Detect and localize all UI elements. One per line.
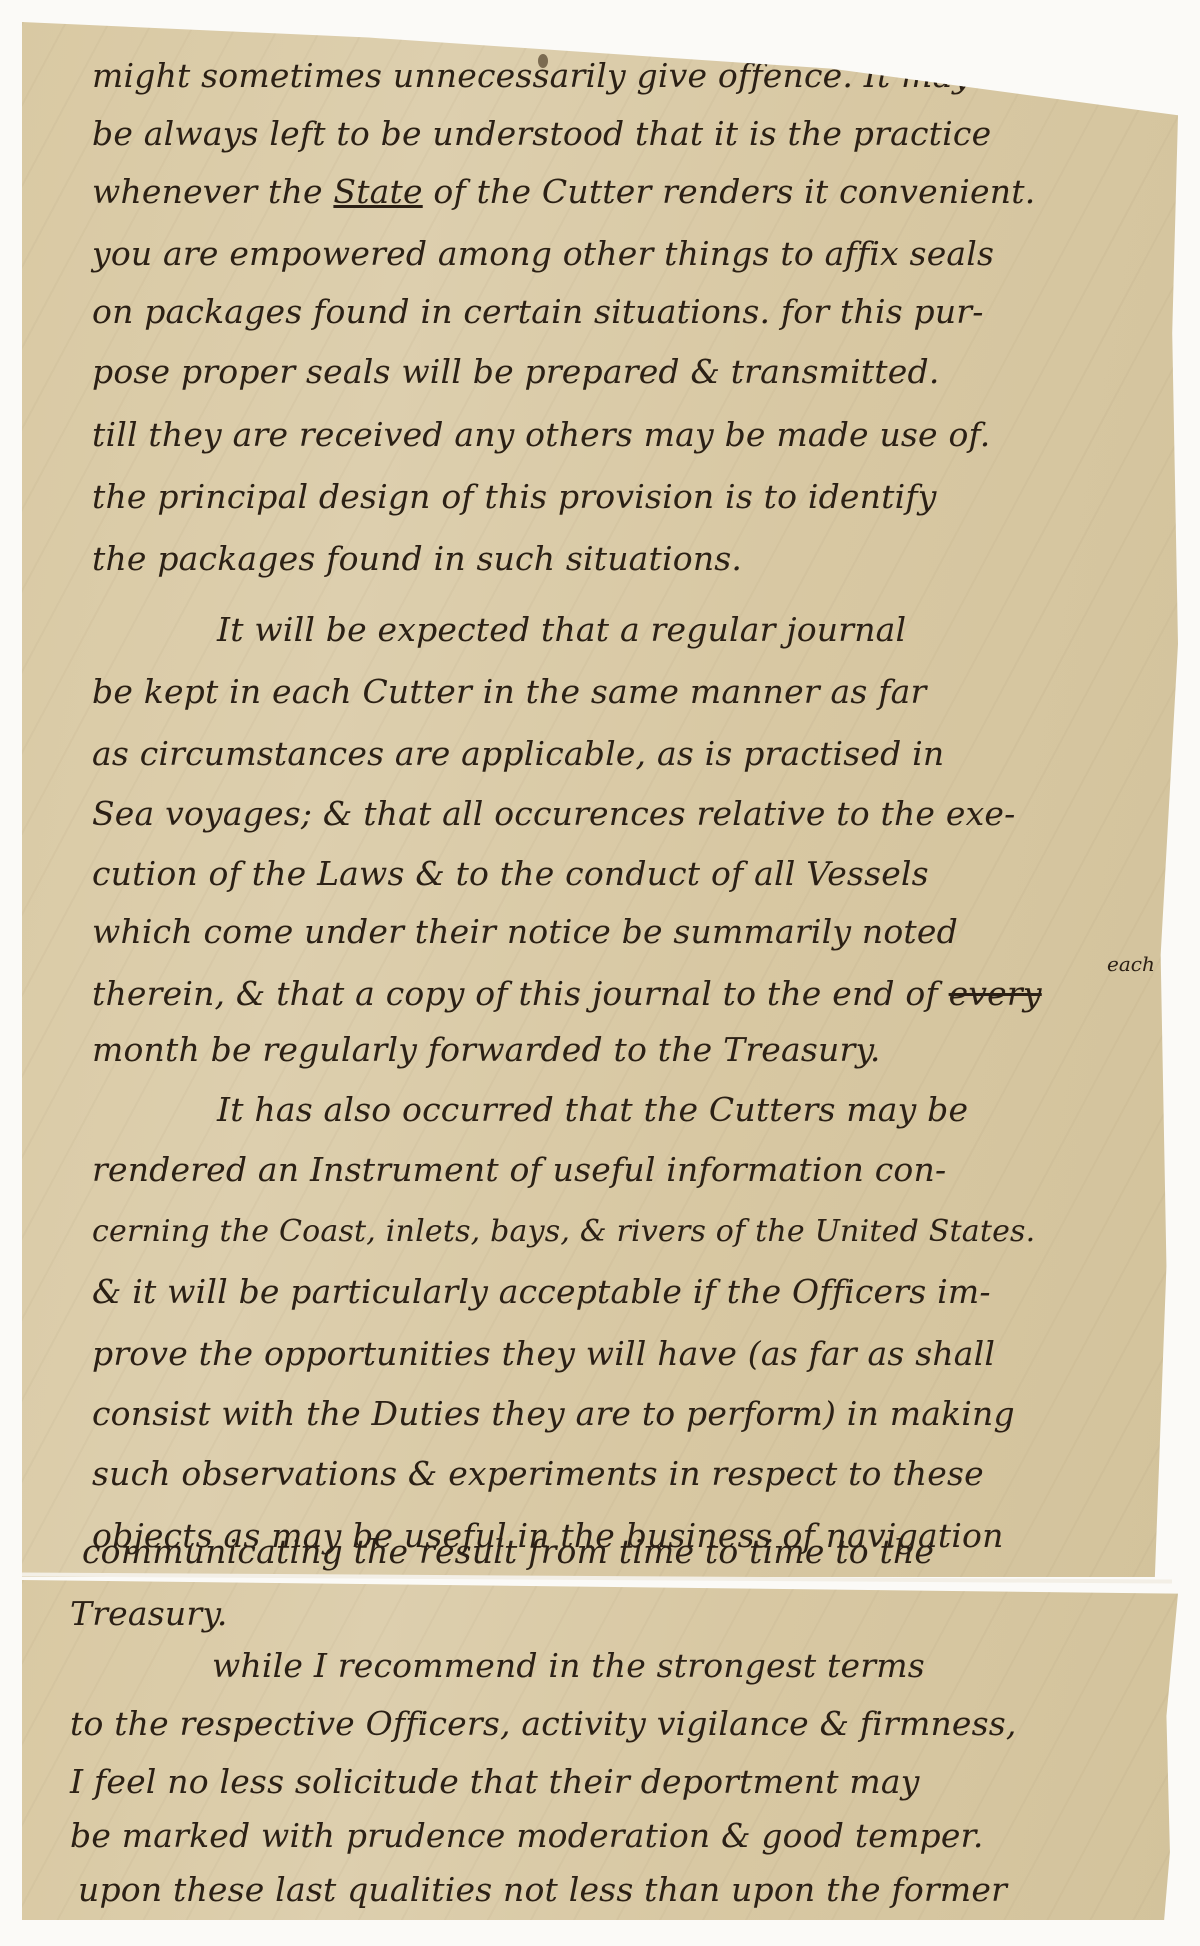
line-text-prefix: whenever the [92, 172, 333, 211]
manuscript-line: on packages found in certain situations.… [92, 292, 984, 331]
line-text: upon these last qualities not less than … [78, 1870, 1007, 1909]
line-text: might sometimes unnecessarily give offen… [92, 56, 971, 95]
line-text: such observations & experiments in respe… [92, 1454, 984, 1493]
underlined-word: State [333, 172, 422, 211]
line-text: Treasury. [70, 1594, 228, 1633]
line-text: cution of the Laws & to the conduct of a… [92, 854, 929, 893]
struck-word: every [949, 974, 1042, 1013]
manuscript-upper-sheet: might sometimes unnecessarily give offen… [22, 22, 1178, 1577]
manuscript-line: consist with the Duties they are to perf… [92, 1394, 1015, 1433]
manuscript-line: Sea voyages; & that all occurences relat… [92, 794, 1015, 833]
line-text: It will be expected that a regular journ… [217, 610, 906, 649]
manuscript-line: rendered an Instrument of useful informa… [92, 1150, 946, 1189]
line-text: It has also occurred that the Cutters ma… [217, 1090, 968, 1129]
lower-text-block: Treasury. while I recommend in the stron… [22, 1580, 1178, 1920]
line-text: the packages found in such situations. [92, 539, 742, 578]
manuscript-line-paragraph-start: while I recommend in the strongest terms [212, 1646, 925, 1685]
interlinear-insertion: each [1107, 952, 1155, 976]
manuscript-line: which come under their notice be summari… [92, 912, 958, 951]
manuscript-line: whenever the State of the Cutter renders… [92, 172, 1035, 211]
manuscript-line: Treasury. [70, 1594, 228, 1633]
manuscript-line: I feel no less solicitude that their dep… [70, 1762, 920, 1801]
manuscript-line: cution of the Laws & to the conduct of a… [92, 854, 929, 893]
line-text: & it will be particularly acceptable if … [92, 1272, 991, 1311]
line-text: Sea voyages; & that all occurences relat… [92, 794, 1015, 833]
line-text: on packages found in certain situations.… [92, 292, 984, 331]
manuscript-line: such observations & experiments in respe… [92, 1454, 984, 1493]
manuscript-line: you are empowered among other things to … [92, 234, 994, 273]
manuscript-line: to the respective Officers, activity vig… [70, 1704, 1017, 1743]
line-text: I feel no less solicitude that their dep… [70, 1762, 920, 1801]
line-text: rendered an Instrument of useful informa… [92, 1150, 946, 1189]
line-text: prove the opportunities they will have (… [92, 1334, 995, 1373]
manuscript-line: the principal design of this provision i… [92, 477, 937, 516]
manuscript-line: pose proper seals will be prepared & tra… [92, 352, 940, 391]
manuscript-line: be always left to be understood that it … [92, 114, 991, 153]
line-text: which come under their notice be summari… [92, 912, 958, 951]
line-text: while I recommend in the strongest terms [212, 1646, 925, 1685]
manuscript-line: upon these last qualities not less than … [78, 1870, 1007, 1909]
line-text-prefix: therein, & that a copy of this journal t… [92, 974, 949, 1013]
line-text: be marked with prudence moderation & goo… [70, 1816, 984, 1855]
manuscript-lower-sheet: Treasury. while I recommend in the stron… [22, 1580, 1178, 1920]
line-text-suffix: of the Cutter renders it convenient. [423, 172, 1036, 211]
manuscript-line: month be regularly forwarded to the Trea… [92, 1030, 881, 1069]
line-text: month be regularly forwarded to the Trea… [92, 1030, 881, 1069]
manuscript-line: be kept in each Cutter in the same manne… [92, 672, 926, 711]
line-text: you are empowered among other things to … [92, 234, 994, 273]
upper-text-block: might sometimes unnecessarily give offen… [22, 22, 1178, 1577]
manuscript-line: the packages found in such situations. [92, 539, 742, 578]
manuscript-line-paragraph-start: It will be expected that a regular journ… [217, 610, 906, 649]
line-text: be always left to be understood that it … [92, 114, 991, 153]
line-text: cerning the Coast, inlets, bays, & river… [92, 1214, 1035, 1249]
manuscript-line: communicating the result from time to ti… [82, 1532, 934, 1571]
line-text: the principal design of this provision i… [92, 477, 937, 516]
manuscript-line: till they are received any others may be… [92, 415, 990, 454]
manuscript-line: be marked with prudence moderation & goo… [70, 1816, 984, 1855]
line-text: pose proper seals will be prepared & tra… [92, 352, 940, 391]
manuscript-line: therein, & that a copy of this journal t… [92, 974, 1042, 1013]
manuscript-line: & it will be particularly acceptable if … [92, 1272, 991, 1311]
line-text: be kept in each Cutter in the same manne… [92, 672, 926, 711]
line-text: as circumstances are applicable, as is p… [92, 734, 944, 773]
manuscript-line: prove the opportunities they will have (… [92, 1334, 995, 1373]
line-text: to the respective Officers, activity vig… [70, 1704, 1017, 1743]
line-text: communicating the result from time to ti… [82, 1532, 934, 1571]
ink-blot-mark [538, 54, 548, 68]
line-text: till they are received any others may be… [92, 415, 990, 454]
manuscript-line: might sometimes unnecessarily give offen… [92, 56, 971, 95]
manuscript-line: as circumstances are applicable, as is p… [92, 734, 944, 773]
manuscript-line: cerning the Coast, inlets, bays, & river… [92, 1210, 1035, 1249]
line-text: consist with the Duties they are to perf… [92, 1394, 1015, 1433]
manuscript-line-paragraph-start: It has also occurred that the Cutters ma… [217, 1090, 968, 1129]
